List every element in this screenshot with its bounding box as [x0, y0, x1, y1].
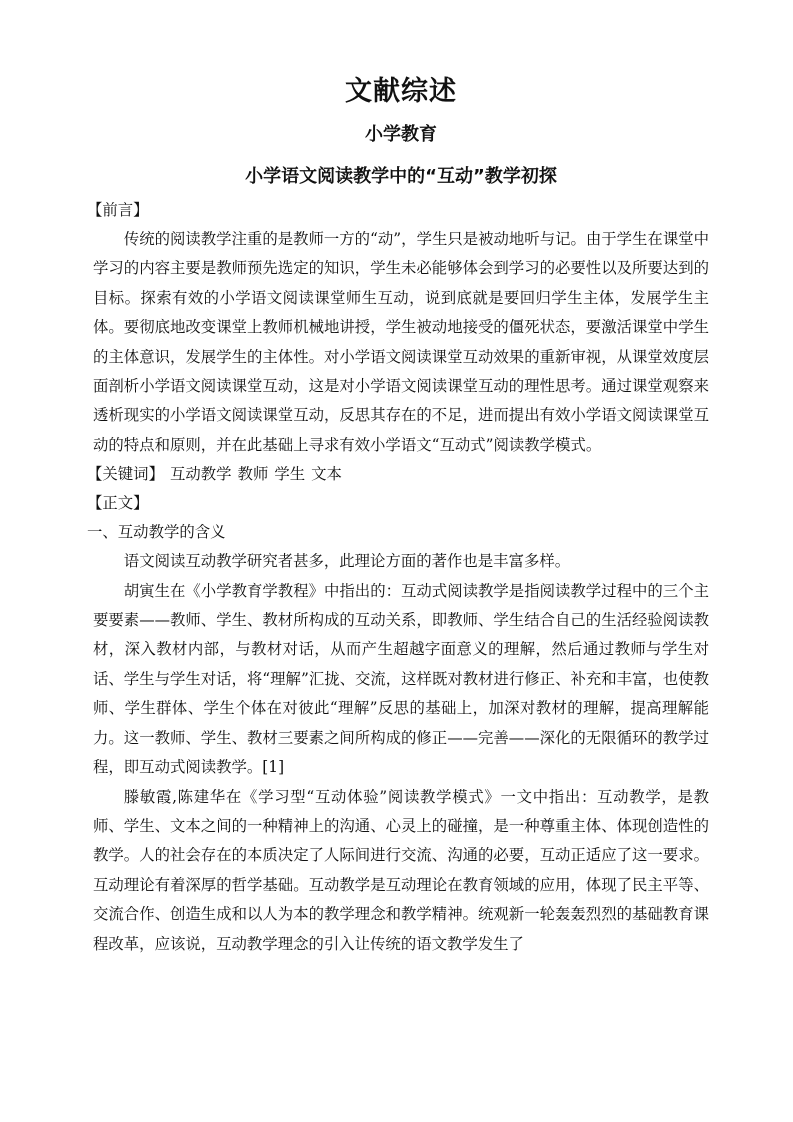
section-title: 一、互动教学的含义 [87, 518, 709, 547]
document-page: 文献综述 小学教育 小学语文阅读教学中的“互动”教学初探 【前言】 传统的阅读教… [93, 72, 709, 959]
keyword: 学生 [274, 465, 305, 483]
document-subtitle: 小学教育 [93, 118, 709, 152]
paper-heading: 小学语文阅读教学中的“互动”教学初探 [93, 160, 709, 194]
keyword: 文本 [311, 465, 342, 483]
preface-label: 【前言】 [87, 196, 709, 225]
keywords-row: 【关键词】互动教学教师学生文本 [87, 460, 709, 489]
body-label: 【正文】 [87, 489, 709, 518]
body-paragraph: 胡寅生在《小学教育学教程》中指出的：互动式阅读教学是指阅读教学过程中的三个主要要… [93, 577, 709, 783]
preface-paragraph: 传统的阅读教学注重的是教师一方的“动”，学生只是被动地听与记。由于学生在课堂中学… [93, 225, 709, 460]
body-paragraph: 语文阅读互动教学研究者甚多，此理论方面的著作也是丰富多样。 [93, 547, 709, 576]
keyword: 教师 [238, 465, 269, 483]
keyword: 互动教学 [170, 465, 232, 483]
keywords-label: 【关键词】 [87, 465, 164, 483]
document-title: 文献综述 [93, 72, 709, 112]
body-paragraph: 滕敏霞,陈建华在《学习型“互动体验”阅读教学模式》一文中指出：互动教学，是教师、… [93, 783, 709, 959]
